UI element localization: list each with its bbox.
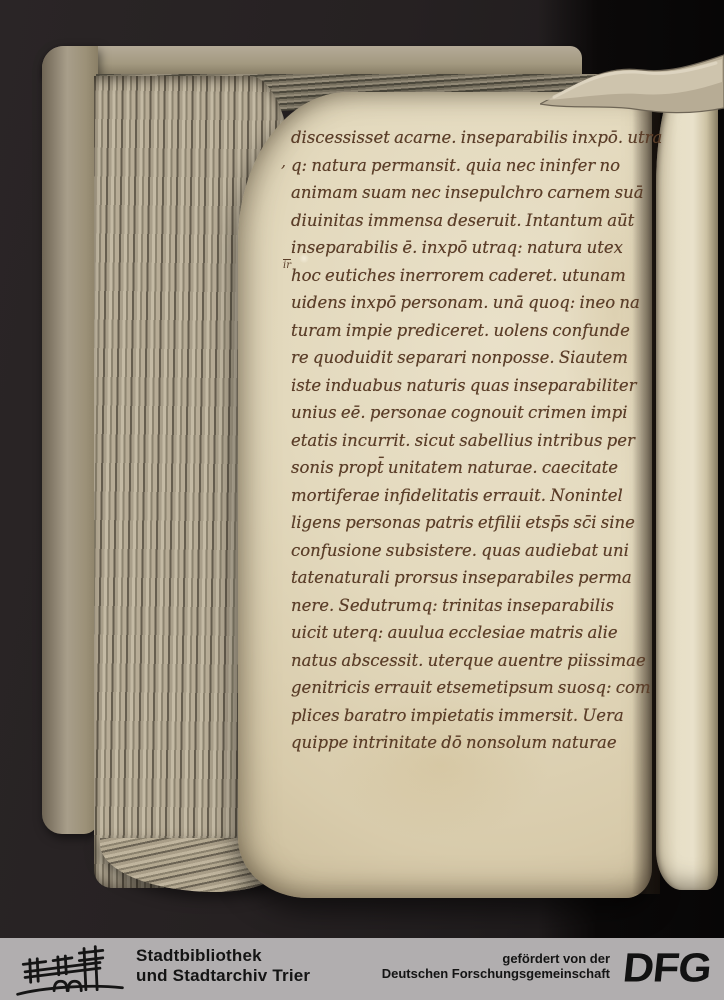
book-cover-top-edge bbox=[42, 46, 582, 78]
manuscript-line: ligens personas patris etfilii etsp̄s sc… bbox=[291, 509, 655, 537]
manuscript-line: confusione subsistere. quas audiebat uni bbox=[291, 537, 655, 565]
manuscript-line: inseparabilis ē. inxpō utraq: natura ute… bbox=[291, 234, 655, 262]
manuscript-line: genitricis errauit etsemetipsum suosq: c… bbox=[291, 674, 655, 702]
manuscript-line: unius eē. personae cognouit crimen impi bbox=[291, 399, 655, 427]
manuscript-line: q: natura permansit. quia nec ininfer no bbox=[291, 152, 655, 180]
manuscript-line: re quoduidit separari nonposse. Siautem bbox=[291, 344, 655, 372]
manuscript-line: tatenaturali prorsus inseparabiles perma bbox=[291, 564, 655, 592]
library-name: Stadtbibliothek und Stadtarchiv Trier bbox=[136, 946, 310, 986]
funding-line1: gefördert von der bbox=[382, 951, 610, 966]
manuscript-line: nere. Sedutrumq: trinitas inseparabilis bbox=[291, 592, 655, 620]
interlinear-correction-mark: ir bbox=[283, 260, 291, 271]
recto-page-sliver bbox=[656, 66, 718, 890]
manuscript-line: etatis incurrit. sicut sabellius intribu… bbox=[291, 427, 655, 455]
manuscript-photo: discessisset acarne. inseparabilis inxpō… bbox=[0, 0, 724, 938]
footer-banner: Stadtbibliothek und Stadtarchiv Trier ge… bbox=[0, 938, 724, 1000]
manuscript-line: sonis propt̄ unitatem naturae. caecitate bbox=[291, 454, 655, 482]
manuscript-line: hoc eutiches inerrorem caderet. utunam bbox=[291, 262, 655, 290]
manuscript-line: uidens inxpō personam. unā quoq: ineo na bbox=[291, 289, 655, 317]
manuscript-line: natus abscessit. uterque auentre piissim… bbox=[291, 647, 655, 675]
manuscript-line: uicit uterq: auulua ecclesiae matris ali… bbox=[291, 619, 655, 647]
manuscript-line: discessisset acarne. inseparabilis inxpō… bbox=[291, 124, 655, 152]
digitized-manuscript-page: discessisset acarne. inseparabilis inxpō… bbox=[0, 0, 724, 1000]
library-name-line2: und Stadtarchiv Trier bbox=[136, 966, 310, 986]
funding-credit: gefördert von der Deutschen Forschungsge… bbox=[382, 951, 610, 981]
library-name-line1: Stadtbibliothek bbox=[136, 946, 310, 966]
headband-roll bbox=[540, 42, 724, 122]
porta-nigra-logo-icon bbox=[12, 941, 128, 999]
manuscript-line: quippe intrinitate dō nonsolum naturae bbox=[291, 729, 655, 757]
manuscript-line: turam impie prediceret. uolens confunde bbox=[291, 317, 655, 345]
funding-line2: Deutschen Forschungsgemeinschaft bbox=[382, 966, 610, 981]
manuscript-line: mortiferae infidelitatis errauit. Nonint… bbox=[291, 482, 655, 510]
manuscript-line: iste induabus naturis quas inseparabilit… bbox=[291, 372, 655, 400]
manuscript-line: diuinitas immensa deseruit. Intantum aūt bbox=[291, 207, 655, 235]
book-cover-left-edge bbox=[42, 46, 98, 834]
parchment-flaw-spot bbox=[299, 254, 309, 263]
dfg-logo: DFG bbox=[614, 947, 720, 989]
marginal-comma-mark: , bbox=[281, 152, 286, 171]
manuscript-line: plices baratro impietatis immersit. Uera bbox=[291, 702, 655, 730]
manuscript-text-block: discessisset acarne. inseparabilis inxpō… bbox=[291, 124, 655, 757]
manuscript-line: animam suam nec insepulchro carnem suā bbox=[291, 179, 655, 207]
